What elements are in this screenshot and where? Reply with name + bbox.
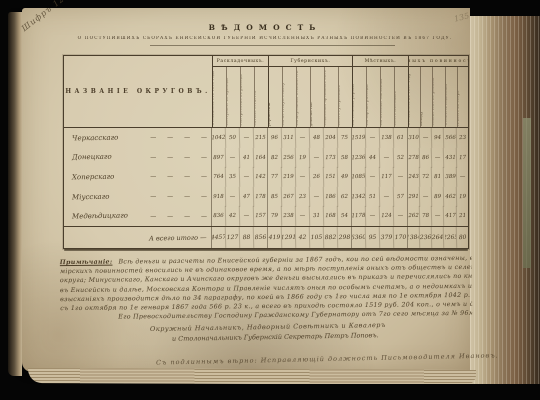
value-cell: 462 <box>444 187 457 207</box>
value-cell: 1042 <box>212 128 227 148</box>
subcolumn-label: На содержаніе управленій <box>269 70 271 126</box>
value-cell: — <box>380 147 395 167</box>
row-label-cell: Донецкаго— — — — <box>64 148 212 168</box>
value-cell: 298 <box>338 227 352 248</box>
value-cell: 419 <box>268 227 283 248</box>
value-cell: 256 <box>282 147 297 167</box>
value-cell: 1236 <box>352 147 367 167</box>
total-row: А всего итого —4457127888564191291421058… <box>64 226 468 248</box>
value-group: 134251—57 <box>352 187 408 207</box>
value-cell: — <box>394 167 408 187</box>
value-cell: 35 <box>226 167 241 187</box>
total-values: 4457127888564191291421058822986360953791… <box>212 227 468 248</box>
value-cell: 1519 <box>352 128 367 148</box>
district-name: Донецкаго <box>72 153 112 162</box>
value-cell: — <box>296 206 311 226</box>
subcolumn-label: На почтовую гоньбу <box>283 70 285 126</box>
subcolumn-label: Оставалось къ 1867 году <box>409 70 411 126</box>
district-name: Черкасскаго <box>72 133 118 142</box>
value-group: 77219—2615149 <box>268 167 352 187</box>
subcolumn-header: Затѣмъ остается <box>255 67 268 127</box>
value-cell: 95 <box>366 227 381 248</box>
row-values: 76435—14277219—26151491085—117—243728138… <box>212 167 468 187</box>
value-cell: 89 <box>432 187 445 207</box>
dash-leaders: — — — — <box>112 154 207 161</box>
value-cell: 50 <box>226 128 241 148</box>
table-row: Міусскаго— — — —918—471788526723—1866213… <box>64 187 468 207</box>
value-cell: 26 <box>310 167 325 187</box>
total-label: А всего итого — <box>149 233 207 242</box>
subcolumn-header: Оставалось къ 1867 году <box>409 67 421 127</box>
value-cell: 51 <box>366 187 381 207</box>
value-cell: 6360 <box>352 227 367 248</box>
subcolumn-header: Итого мѣстныхъ <box>395 67 408 127</box>
table-row: Донецкаго— — — —897—411648225619—1735812… <box>64 148 468 168</box>
subcolumn-label: Итого мѣстныхъ <box>395 70 397 126</box>
value-cell: — <box>296 128 311 148</box>
value-cell: 1291 <box>282 227 297 248</box>
value-cell: — <box>240 167 255 187</box>
subcolumns: Оставалось къ 1867 годуПричислено вновь … <box>409 67 469 127</box>
value-cell: 142 <box>254 167 268 187</box>
subcolumn-label: На сельскія управы <box>353 70 355 126</box>
value-cell: 389 <box>444 167 457 187</box>
value-cell: 52 <box>394 147 408 167</box>
value-cell: — <box>240 206 255 226</box>
subcolumn-header: На сельскія управы <box>353 67 367 127</box>
subcolumn-header: Недоимки прежнихъ лѣтъ <box>325 67 339 127</box>
book-cover-band <box>523 118 531 268</box>
value-group: 8526723—18662 <box>268 187 352 207</box>
value-cell: 94 <box>432 128 445 148</box>
value-cell: 417 <box>444 206 457 226</box>
subcolumn-header: Итого губернскихъ <box>339 67 352 127</box>
subcolumn-label: Итого губернскихъ <box>339 70 341 126</box>
value-cell: 61 <box>394 128 408 148</box>
value-cell: 117 <box>380 167 395 187</box>
ledger-table: НАЗВАНІЕ ОКРУГОВЪ.Раскладочныхъ.Оставало… <box>63 55 469 249</box>
value-cell: 47 <box>240 187 255 207</box>
value-cell: 86 <box>420 147 433 167</box>
value-cell: — <box>310 147 325 167</box>
value-cell: 262 <box>408 206 421 226</box>
value-group: 636095379170 <box>352 227 408 248</box>
row-label-cell: Міусскаго— — — — <box>64 187 212 207</box>
value-cell: 62 <box>338 187 352 207</box>
value-group: 76435—142 <box>212 167 268 187</box>
value-group: 310—9456623 <box>408 128 468 148</box>
value-cell: 186 <box>324 187 339 207</box>
value-cell: 44 <box>366 147 381 167</box>
subcolumn-label: На дорожныя повинности <box>297 70 299 126</box>
value-cell: 127 <box>226 227 241 248</box>
value-cell: 157 <box>254 206 268 226</box>
value-cell: 1178 <box>352 206 367 226</box>
value-cell: 278 <box>408 147 421 167</box>
value-cell: 219 <box>282 167 297 187</box>
value-cell: 96 <box>268 128 283 148</box>
value-cell: 1085 <box>352 167 367 187</box>
group-label: Раскладочныхъ. <box>213 56 268 67</box>
column-groups: Раскладочныхъ.Оставалось отъ 1866 годаПо… <box>213 56 469 127</box>
column-group: Разныхъ повинностей.Оставалось къ 1867 г… <box>409 56 469 127</box>
value-group: 1519—13861 <box>352 128 408 148</box>
value-cell: 178 <box>254 187 268 207</box>
value-cell: 19 <box>296 147 311 167</box>
value-cell: — <box>420 128 433 148</box>
subcolumn-header: А всего въ сборѣ <box>458 67 469 127</box>
subcolumn-header: Поступило въ приходъ <box>227 67 241 127</box>
row-label-cell: Черкасскаго— — — — <box>64 128 212 148</box>
group-label: Мѣстныхъ. <box>353 56 408 67</box>
page-bottom-edges <box>28 368 476 385</box>
value-cell: — <box>226 147 241 167</box>
value-cell: 918 <box>212 187 227 207</box>
dash-leaders: — — — — <box>128 213 207 220</box>
value-group: 27886—43117 <box>408 148 468 168</box>
value-cell: 17 <box>457 147 469 167</box>
value-cell: 566 <box>444 128 457 148</box>
value-cell: 72 <box>420 167 433 187</box>
value-cell: — <box>226 187 241 207</box>
table-body: Черкасскаго— — — —104250—21596311—482047… <box>64 128 468 226</box>
row-values: 104250—21596311—48204751519—13861310—945… <box>212 128 468 148</box>
value-cell: 168 <box>324 206 339 226</box>
value-group: 83642—157 <box>212 206 268 226</box>
background-top <box>0 0 540 8</box>
dash-leaders: — — — — <box>114 173 207 180</box>
subcolumn-header: На хлѣбные магазины <box>381 67 395 127</box>
subcolumn-header: Оставалось отъ 1866 года <box>213 67 227 127</box>
subcolumn-header: Исключено по ревизіи <box>433 67 445 127</box>
subcolumn-header: На почтовую гоньбу <box>283 67 297 127</box>
value-cell: — <box>432 206 445 226</box>
value-cell: 80 <box>457 227 469 248</box>
book-spine-edge <box>8 12 22 376</box>
value-cell: 897 <box>212 147 227 167</box>
value-cell: 75 <box>338 128 352 148</box>
value-cell: 48 <box>310 128 325 148</box>
value-group: 79238—3116854 <box>268 206 352 226</box>
subcolumn-header: Причислено вновь по окладу <box>421 67 433 127</box>
column-group: Губернскихъ.На содержаніе управленійНа п… <box>269 56 353 127</box>
photographed-ledger-page: Шифръ 1264 135 ВѢДОМОСТЬ О ПОСТУПИВШИХЪ … <box>0 0 540 400</box>
page-subtitle: О ПОСТУПИВШИХЪ СБОРАХЪ ЕНИСЕЙСКОЙ ГУБЕРН… <box>63 36 467 41</box>
value-cell: 882 <box>324 227 339 248</box>
value-group: 2437281389— <box>408 167 468 187</box>
value-cell: 54 <box>338 206 352 226</box>
value-cell: 88 <box>240 227 255 248</box>
value-cell: 57 <box>394 187 408 207</box>
subcolumn-header: Употреблено въ расходъ <box>241 67 255 127</box>
district-name: Медвѣдицкаго <box>72 212 128 221</box>
value-cell: 77 <box>268 167 283 187</box>
value-group: 918—47178 <box>212 187 268 207</box>
subtitle-rule <box>150 45 395 46</box>
value-cell: 243 <box>408 167 421 187</box>
value-cell: 764 <box>212 167 227 187</box>
row-values: 897—411648225619—17358123644—5227886—431… <box>212 148 468 168</box>
value-cell: — <box>394 206 408 226</box>
value-cell: 173 <box>324 147 339 167</box>
value-group: 445712788856 <box>212 227 268 248</box>
subcolumn-label: А всего въ сборѣ <box>458 70 460 126</box>
value-group: 1085—117— <box>352 167 408 187</box>
subcolumn-header: На дорожныя повинности <box>297 67 311 127</box>
value-cell: 82 <box>268 147 283 167</box>
value-cell: 79 <box>268 206 283 226</box>
subcolumn-header: На мірскіе расходы <box>367 67 381 127</box>
value-cell: 124 <box>380 206 395 226</box>
value-cell: — <box>240 128 255 148</box>
value-cell: — <box>420 187 433 207</box>
value-cell: 267 <box>282 187 297 207</box>
value-group: 26278—41721 <box>408 206 468 226</box>
handwritten-note: Примѣчаніе:Всѣ деньги и разсчеты по Енис… <box>60 254 473 323</box>
subcolumn-label: На мірскіе расходы <box>367 70 369 126</box>
value-cell: 1384 <box>408 227 421 248</box>
subcolumn-label: На квартирное довольствіе <box>311 70 313 126</box>
subcolumns: На содержаніе управленійНа почтовую гонь… <box>269 67 352 127</box>
subcolumn-label: Оставалось отъ 1866 года <box>213 70 215 126</box>
value-cell: 151 <box>324 167 339 187</box>
district-name: Хоперскаго <box>72 173 114 182</box>
value-cell: 42 <box>226 206 241 226</box>
value-cell: 204 <box>324 128 339 148</box>
subcolumn-label: Употреблено въ расходъ <box>241 70 243 126</box>
page-title: ВѢДОМОСТЬ <box>63 23 467 32</box>
value-cell: 379 <box>380 227 395 248</box>
value-cell: 138 <box>380 128 395 148</box>
value-group: 291—8946219 <box>408 187 468 207</box>
group-label: Губернскихъ. <box>269 56 352 67</box>
value-group: 419129142105882298 <box>268 227 352 248</box>
value-group: 96311—4820475 <box>268 128 352 148</box>
value-cell: 238 <box>282 206 297 226</box>
table-row: Медвѣдицкаго— — — —83642—15779238—311685… <box>64 206 468 226</box>
subcolumn-label: Затѣмъ остается <box>255 70 257 126</box>
subcolumn-label: Недоимки прежнихъ лѣтъ <box>325 70 327 126</box>
value-cell: 31 <box>310 206 325 226</box>
value-cell: 85 <box>268 187 283 207</box>
group-label: Разныхъ повинностей. <box>409 56 469 67</box>
row-label-cell: Хоперскаго— — — — <box>64 167 212 187</box>
value-cell: 170 <box>394 227 408 248</box>
value-cell: 856 <box>254 227 268 248</box>
value-cell: 105 <box>310 227 325 248</box>
value-cell: 78 <box>420 206 433 226</box>
column-group: Раскладочныхъ.Оставалось отъ 1866 годаПо… <box>213 56 269 127</box>
table-row: Хоперскаго— — — —76435—14277219—26151491… <box>64 167 468 187</box>
value-cell: 431 <box>444 147 457 167</box>
value-group: 104250—215 <box>212 128 268 148</box>
row-label-cell: Медвѣдицкаго— — — — <box>64 206 212 226</box>
value-cell: — <box>432 147 445 167</box>
value-cell: 23 <box>457 128 469 148</box>
value-group: 1178—124— <box>352 206 408 226</box>
row-values: 83642—15779238—31168541178—124—26278—417… <box>212 206 468 226</box>
value-cell: 42 <box>296 227 311 248</box>
subcolumn-header: Осталось недоимки <box>446 67 458 127</box>
subcolumn-label: Причислено вновь по окладу <box>421 70 423 126</box>
value-cell: 23 <box>296 187 311 207</box>
value-cell: 41 <box>240 147 255 167</box>
value-group: 8225619—17358 <box>268 148 352 168</box>
value-cell: 836 <box>212 206 227 226</box>
value-cell: 291 <box>408 187 421 207</box>
value-cell: 215 <box>254 128 268 148</box>
value-cell: 264 <box>432 227 445 248</box>
value-cell: 311 <box>282 128 297 148</box>
value-cell: 164 <box>254 147 268 167</box>
value-cell: — <box>366 206 381 226</box>
value-cell: — <box>366 128 381 148</box>
row-header: НАЗВАНІЕ ОКРУГОВЪ. <box>64 56 213 127</box>
value-cell: 58 <box>338 147 352 167</box>
note-lead: Примѣчаніе: <box>60 259 113 267</box>
subcolumn-label: Поступило въ приходъ <box>227 70 229 126</box>
district-name: Міусскаго <box>72 192 110 201</box>
value-group: 897—41164 <box>212 148 268 168</box>
value-cell: — <box>457 167 469 187</box>
value-cell: 81 <box>432 167 445 187</box>
value-cell: 236 <box>420 227 433 248</box>
dash-leaders: — — — — <box>118 134 207 141</box>
value-cell: 49 <box>338 167 352 187</box>
value-cell: 1342 <box>352 187 367 207</box>
value-cell: — <box>380 187 395 207</box>
column-group: Мѣстныхъ.На сельскія управыНа мірскіе ра… <box>353 56 409 127</box>
subcolumn-header: На содержаніе управленій <box>269 67 283 127</box>
value-group: 123644—52 <box>352 148 408 168</box>
table-header: НАЗВАНІЕ ОКРУГОВЪ.Раскладочныхъ.Оставало… <box>64 56 468 128</box>
value-cell: — <box>296 167 311 187</box>
dash-leaders: — — — — <box>109 193 207 200</box>
subcolumns: Оставалось отъ 1866 годаПоступило въ при… <box>213 67 268 127</box>
total-label-cell: А всего итого — <box>64 227 212 248</box>
subcolumn-label: На хлѣбные магазины <box>381 70 383 126</box>
value-cell: 19 <box>457 187 469 207</box>
subcolumn-header: На квартирное довольствіе <box>311 67 325 127</box>
value-cell: — <box>366 167 381 187</box>
table-row: Черкасскаго— — — —104250—21596311—482047… <box>64 128 468 148</box>
value-cell: 310 <box>408 128 421 148</box>
value-cell: 2265 <box>444 227 457 248</box>
value-cell: 4457 <box>212 227 227 248</box>
value-cell: — <box>310 187 325 207</box>
value-cell: 21 <box>457 206 469 226</box>
row-values: 918—471788526723—18662134251—57291—89462… <box>212 187 468 207</box>
subcolumn-label: Осталось недоимки <box>446 70 448 126</box>
value-group: 1384236264226580 <box>408 227 468 248</box>
background-bottom <box>0 384 540 400</box>
subcolumn-label: Исключено по ревизіи <box>433 70 435 126</box>
subcolumns: На сельскія управыНа мірскіе расходыНа х… <box>353 67 408 127</box>
